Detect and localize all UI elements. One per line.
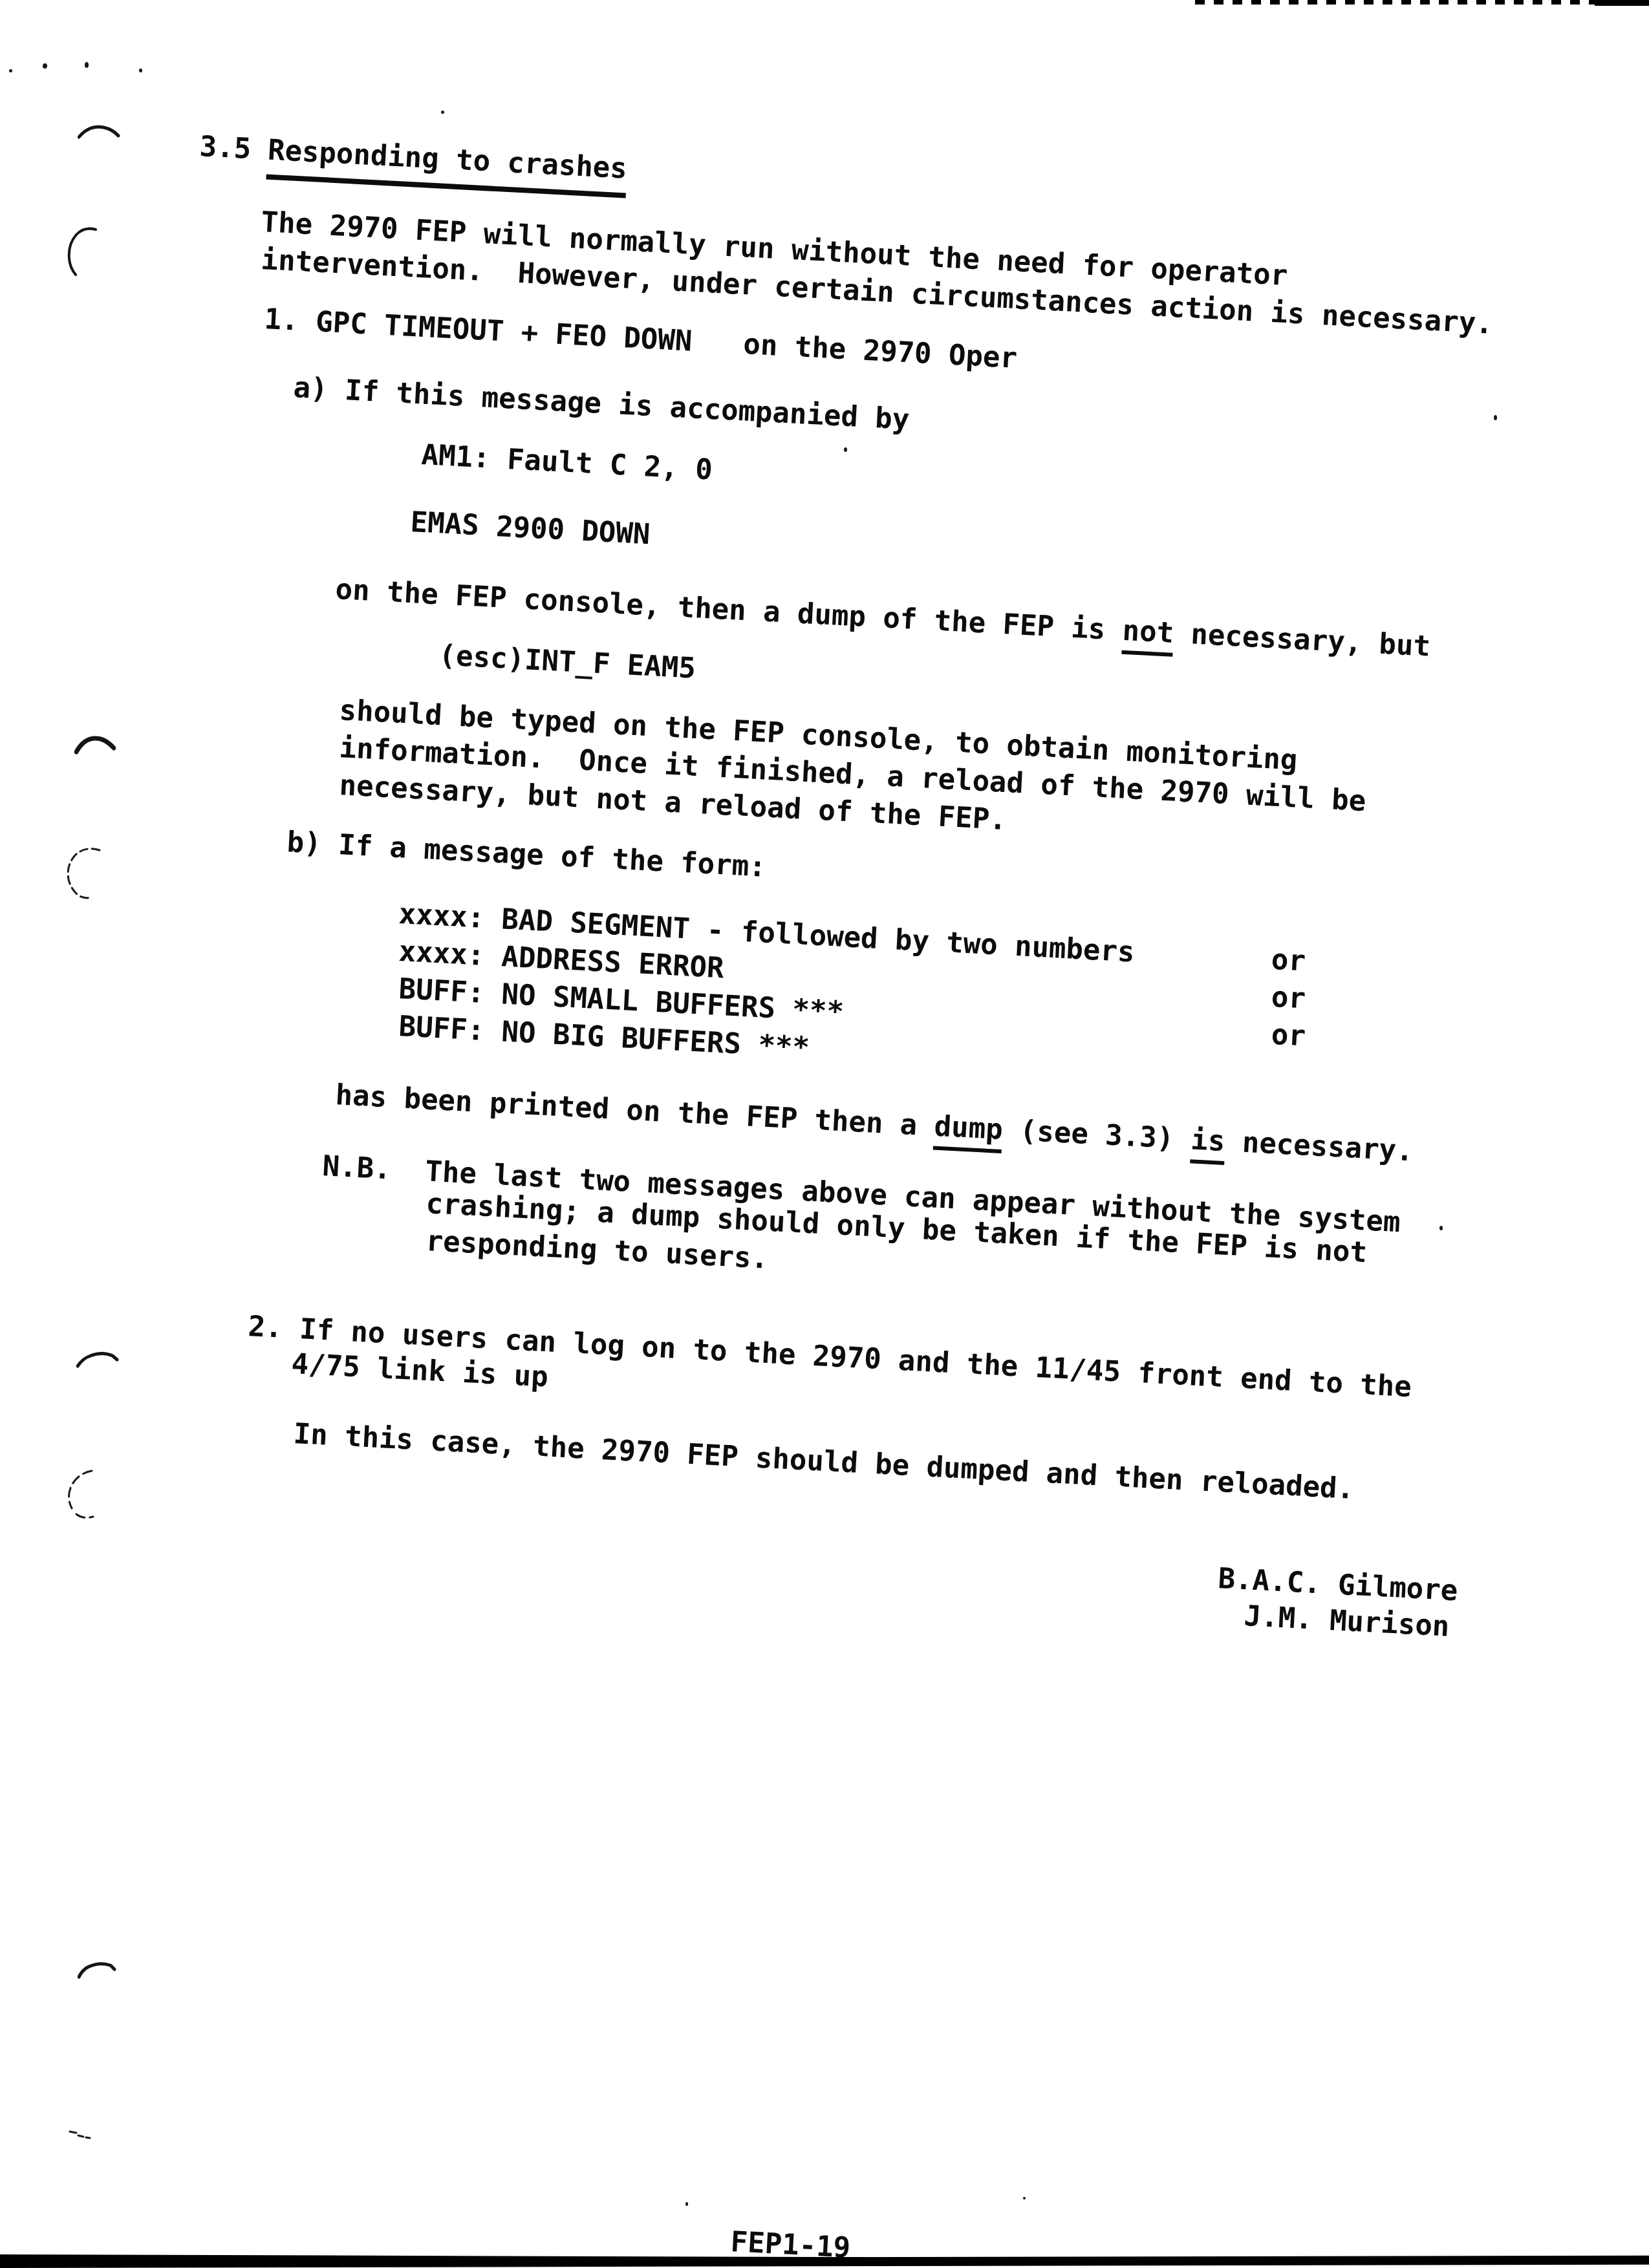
- margin-mark-arc: [78, 1962, 116, 1981]
- underlined-not: not: [1121, 614, 1175, 657]
- section-number: 3.5: [199, 130, 252, 166]
- section-title: Responding to crashes: [266, 134, 628, 198]
- margin-mark-circle: [65, 844, 109, 900]
- ink-speck: [1439, 1226, 1443, 1230]
- margin-mark-arc: [76, 1350, 119, 1369]
- sub-b-heading: b) If a message of the form:: [286, 828, 767, 882]
- document-page: 3.5Responding to crashes The 2970 FEP wi…: [0, 0, 1649, 2268]
- ink-speck: [441, 111, 444, 114]
- scan-edge-top-solid: [1595, 0, 1649, 6]
- ink-speck: [85, 62, 89, 68]
- signature-line: J.M. Murison: [1244, 1602, 1450, 1642]
- underlined-is: is: [1190, 1123, 1226, 1165]
- margin-mark-arc: [74, 734, 116, 755]
- section-heading: 3.5Responding to crashes: [199, 133, 628, 184]
- ink-speck: [9, 69, 12, 72]
- margin-mark-paren: [66, 225, 100, 278]
- ink-speck: [139, 69, 142, 72]
- ink-speck: [685, 2202, 688, 2206]
- ink-speck: [43, 63, 47, 69]
- sub-a-heading: a) If this message is accompanied by: [293, 374, 911, 434]
- scan-edge-top-dashes: [1195, 0, 1599, 5]
- underlined-dump: dump: [933, 1110, 1004, 1153]
- console-message-emas: EMAS 2900 DOWN: [410, 508, 651, 549]
- printed-line: has been printed on the FEP then a dump …: [335, 1081, 1414, 1166]
- esc-command-line: (esc)INT_F EAM5: [438, 641, 696, 683]
- margin-mark-paren: [65, 1468, 102, 1522]
- margin-mark-dashes: [69, 2128, 92, 2141]
- ink-speck: [1494, 415, 1497, 420]
- console-message-am1: AM1: Fault C 2, 0: [421, 441, 713, 485]
- item1-line: 1. GPC TIMEOUT + FEO DOWN on the 2970 Op…: [264, 305, 1018, 373]
- ink-speck: [1023, 2197, 1026, 2199]
- case-paragraph: In this case, the 2970 FEP should be dum…: [293, 1420, 1355, 1504]
- ink-speck: [844, 447, 847, 452]
- margin-mark-arc: [78, 123, 120, 142]
